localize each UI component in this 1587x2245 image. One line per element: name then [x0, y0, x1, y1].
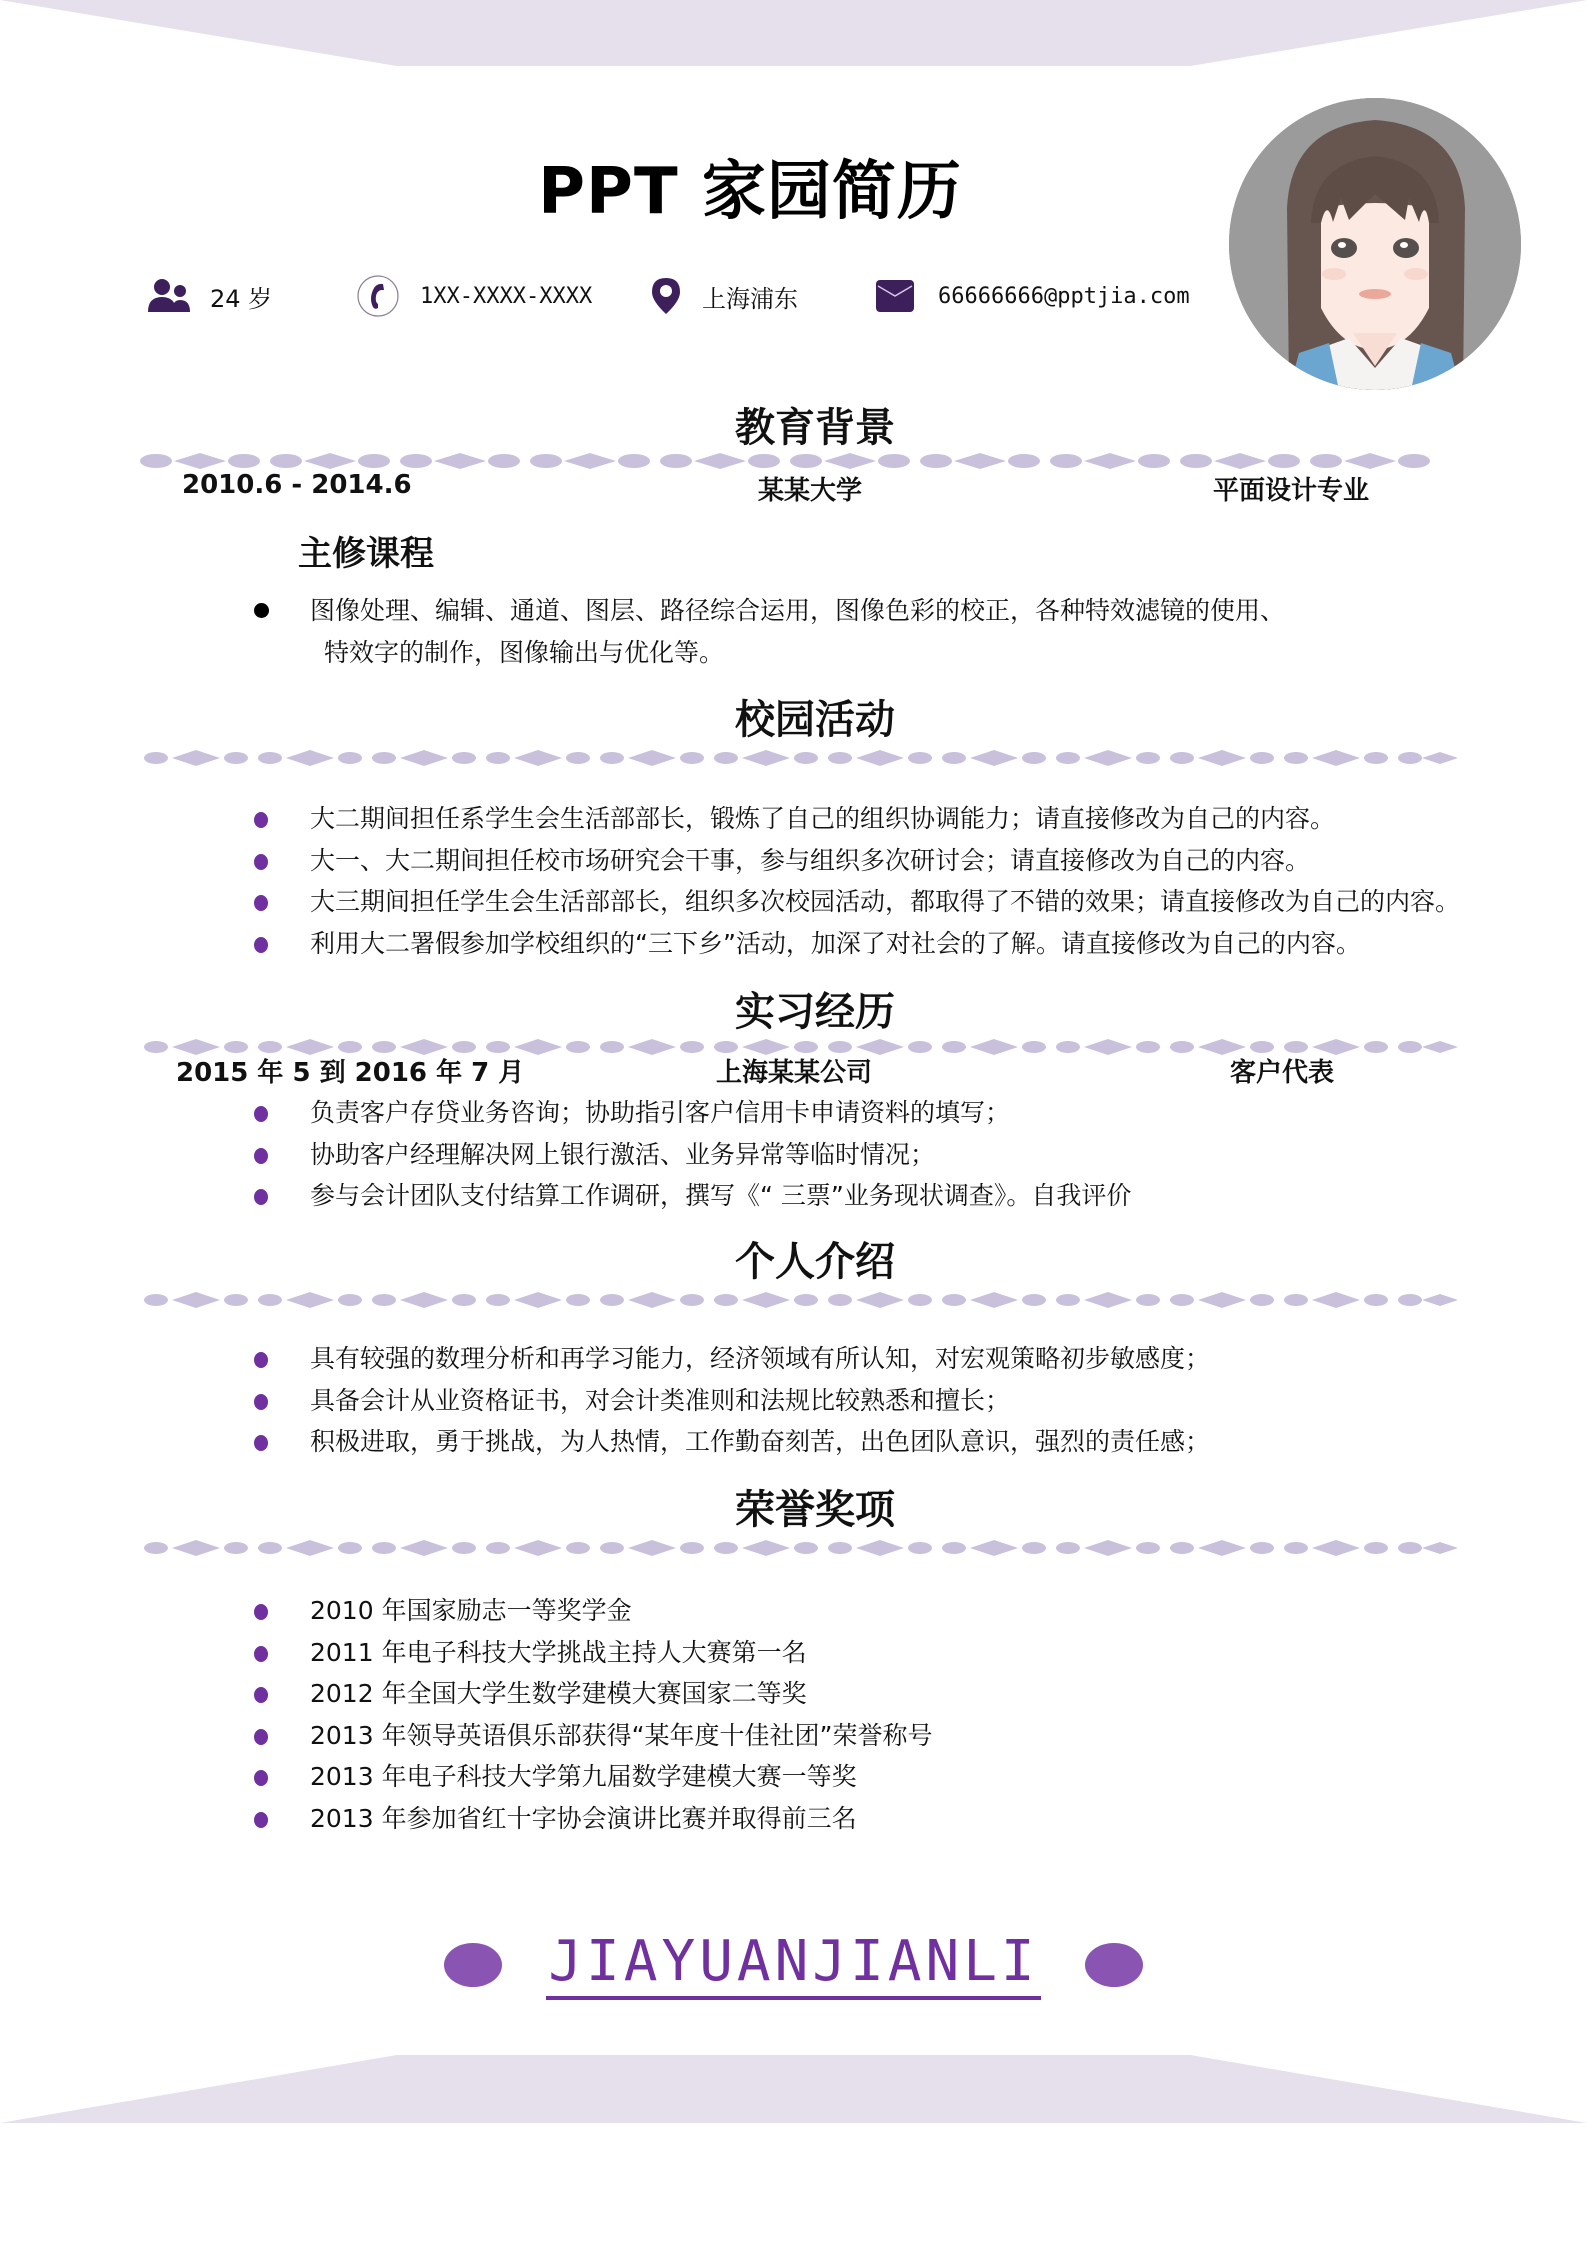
intro-list: 具有较强的数理分析和再学习能力，经济领域有所认知，对宏观策略初步敏感度； 具备会… [254, 1338, 1210, 1463]
divider-ornament [140, 1288, 1460, 1312]
list-item: 积极进取，勇于挑战，为人热情，工作勤奋刻苦，出色团队意识，强烈的责任感； [254, 1421, 1210, 1463]
section-title-internship: 实习经历 [0, 980, 1587, 1037]
list-item: 大三期间担任学生会生活部部长，组织多次校园活动，都取得了不错的效果；请直接修改为… [254, 881, 1460, 923]
top-decorative-band [0, 0, 1587, 66]
campus-list: 大二期间担任系学生会生活部部长，锻炼了自己的组织协调能力；请直接修改为自己的内容… [254, 798, 1460, 964]
section-title-education: 教育背景 [0, 396, 1587, 453]
bottom-decorative-band [0, 2055, 1587, 2123]
list-item-continuation: 特效字的制作，图像输出与优化等。 [254, 632, 1285, 674]
list-item: 负责客户存贷业务咨询；协助指引客户信用卡申请资料的填写； [254, 1092, 1131, 1134]
list-item: 2010 年国家励志一等奖学金 [254, 1590, 932, 1632]
age-value: 24 岁 [210, 279, 272, 314]
contact-phone: 1XX-XXXX-XXXX [356, 274, 592, 318]
list-item: 2011 年电子科技大学挑战主持人大赛第一名 [254, 1632, 932, 1674]
list-item: 具有较强的数理分析和再学习能力，经济领域有所认知，对宏观策略初步敏感度； [254, 1338, 1210, 1380]
list-item: 图像处理、编辑、通道、图层、路径综合运用，图像色彩的校正，各种特效滤镜的使用、 [254, 590, 1285, 632]
list-item: 利用大二署假参加学校组织的“三下乡”活动，加深了对社会的了解。请直接修改为自己的… [254, 923, 1460, 965]
education-period: 2010.6 - 2014.6 [182, 470, 412, 500]
footer-brand-mark: JIAYUANJIANLI [0, 1930, 1587, 2000]
section-title-campus: 校园活动 [0, 688, 1587, 745]
internship-position: 客户代表 [1230, 1052, 1334, 1089]
phone-value: 1XX-XXXX-XXXX [420, 284, 592, 309]
internship-period: 2015 年 5 到 2016 年 7 月 [176, 1052, 524, 1089]
avatar-portrait-icon [1229, 98, 1521, 390]
location-pin-icon [650, 277, 682, 315]
courses-title: 主修课程 [298, 526, 434, 575]
phone-icon [356, 274, 400, 318]
education-major: 平面设计专业 [1213, 470, 1369, 507]
internship-list: 负责客户存贷业务咨询；协助指引客户信用卡申请资料的填写； 协助客户经理解决网上银… [254, 1092, 1131, 1217]
list-item: 2013 年领导英语俱乐部获得“某年度十佳社团”荣誉称号 [254, 1715, 932, 1757]
section-title-awards: 荣誉奖项 [0, 1478, 1587, 1535]
list-item: 大二期间担任系学生会生活部部长，锻炼了自己的组织协调能力；请直接修改为自己的内容… [254, 798, 1460, 840]
avatar [1229, 98, 1521, 390]
footer-dot-right-icon [1085, 1943, 1143, 1987]
list-item: 具备会计从业资格证书，对会计类准则和法规比较熟悉和擅长； [254, 1380, 1210, 1422]
section-title-intro: 个人介绍 [0, 1230, 1587, 1287]
internship-company: 上海某某公司 [716, 1052, 872, 1089]
footer-brand-text: JIAYUANJIANLI [546, 1930, 1040, 2000]
email-value: 66666666@pptjia.com [938, 284, 1190, 309]
list-item: 2013 年参加省红十字协会演讲比赛并取得前三名 [254, 1798, 932, 1840]
list-item: 2013 年电子科技大学第九届数学建模大赛一等奖 [254, 1756, 932, 1798]
divider-ornament [140, 1536, 1460, 1560]
education-school: 某某大学 [758, 470, 862, 507]
awards-list: 2010 年国家励志一等奖学金 2011 年电子科技大学挑战主持人大赛第一名 2… [254, 1590, 932, 1839]
list-item: 大一、大二期间担任校市场研究会干事，参与组织多次研讨会；请直接修改为自己的内容。 [254, 840, 1460, 882]
contact-email: 66666666@pptjia.com [876, 274, 1190, 318]
people-icon [148, 278, 190, 314]
courses-list: 图像处理、编辑、通道、图层、路径综合运用，图像色彩的校正，各种特效滤镜的使用、 … [254, 590, 1285, 673]
list-item: 参与会计团队支付结算工作调研，撰写《“ 三票”业务现状调查》。自我评价 [254, 1175, 1131, 1217]
footer-dot-left-icon [444, 1943, 502, 1987]
contact-age: 24 岁 [148, 274, 272, 318]
envelope-icon [876, 280, 914, 312]
location-value: 上海浦东 [702, 279, 798, 314]
contact-location: 上海浦东 [650, 274, 798, 318]
divider-ornament [140, 746, 1460, 770]
list-item: 协助客户经理解决网上银行激活、业务异常等临时情况； [254, 1134, 1131, 1176]
list-item: 2012 年全国大学生数学建模大赛国家二等奖 [254, 1673, 932, 1715]
